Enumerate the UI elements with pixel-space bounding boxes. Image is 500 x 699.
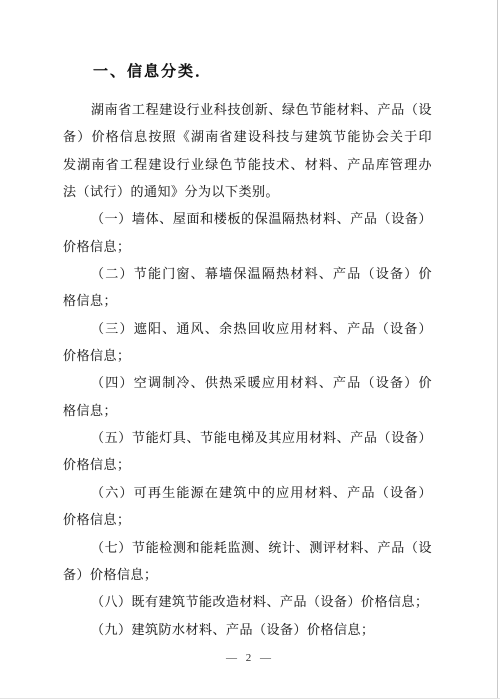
item-line: 价格信息； [63,233,432,260]
intro-line: 备）价格信息按照《湖南省建设科技与建筑节能协会关于印 [63,123,432,150]
section-heading: 一、信息分类． [63,63,432,80]
item-line: （二）节能门窗、幕墙保温隔热材料、产品（设备）价 [63,260,432,287]
item-line: 格信息； [63,287,432,314]
item-line: （六）可再生能源在建筑中的应用材料、产品（设备） [63,479,432,506]
intro-line: 发湖南省工程建设行业绿色节能技术、材料、产品库管理办 [63,151,432,178]
document-body: 湖南省工程建设行业科技创新、绿色节能材料、产品（设 备）价格信息按照《湖南省建设… [63,96,432,643]
page-number: — 2 — [0,652,500,664]
item-line: 备）价格信息； [63,561,432,588]
item-line: （五）节能灯具、节能电梯及其应用材料、产品（设备） [63,424,432,451]
intro-line: 湖南省工程建设行业科技创新、绿色节能材料、产品（设 [63,96,432,123]
item-line: 价格信息； [63,451,432,478]
item-line: （一）墙体、屋面和楼板的保温隔热材料、产品（设备） [63,205,432,232]
item-line: （三）遮阳、通风、余热回收应用材料、产品（设备） [63,315,432,342]
item-line: 格信息； [63,397,432,424]
document-page: 一、信息分类． 湖南省工程建设行业科技创新、绿色节能材料、产品（设 备）价格信息… [0,0,500,699]
item-line: （九）建筑防水材料、产品（设备）价格信息； [63,616,432,643]
item-line: （七）节能检测和能耗监测、统计、测评材料、产品（设 [63,534,432,561]
document-content: 一、信息分类． 湖南省工程建设行业科技创新、绿色节能材料、产品（设 备）价格信息… [63,63,432,643]
item-line: （八）既有建筑节能改造材料、产品（设备）价格信息； [63,588,432,615]
intro-line: 法（试行）的通知》分为以下类别。 [63,178,432,205]
item-line: 价格信息； [63,342,432,369]
item-line: （四）空调制冷、供热采暖应用材料、产品（设备）价 [63,369,432,396]
item-line: 价格信息； [63,506,432,533]
scan-edge-right [497,0,498,699]
